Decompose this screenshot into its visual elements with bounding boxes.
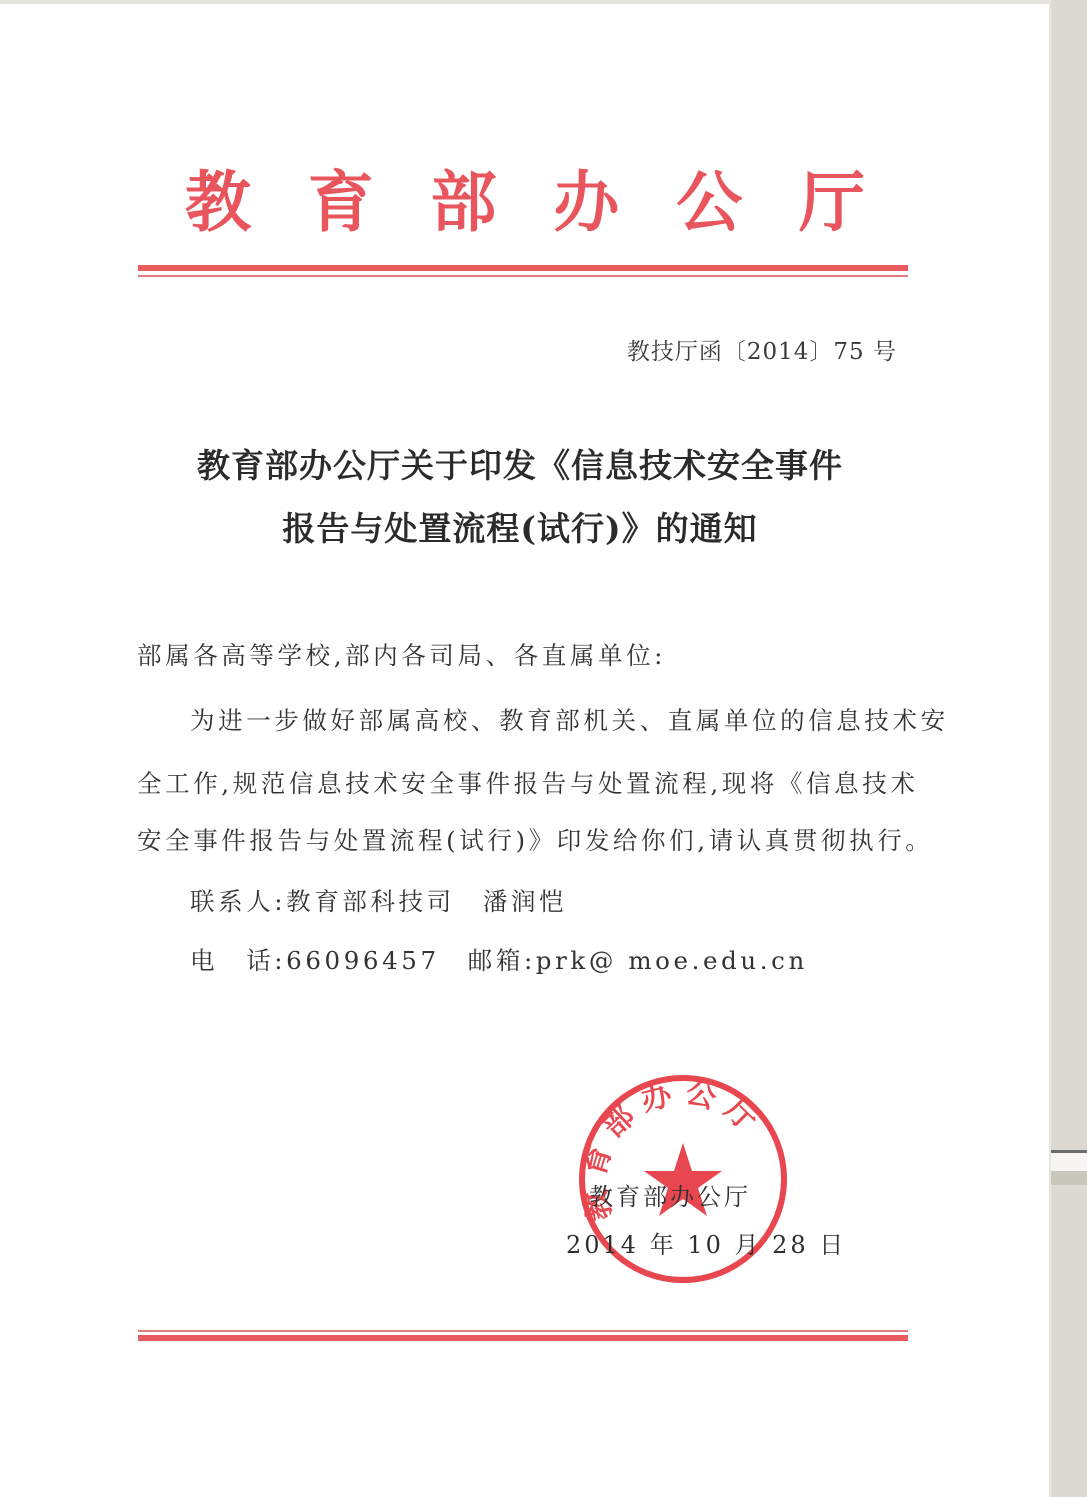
scan-mark [1051, 1153, 1087, 1171]
masthead-char: 育 [308, 162, 374, 242]
scan-mark [1051, 1171, 1087, 1185]
scan-margin [1049, 0, 1087, 1497]
title-line-1: 教育部办公厅关于印发《信息技术安全事件 [0, 440, 1040, 487]
title-line-2: 报告与处置流程(试行)》的通知 [0, 503, 1040, 550]
scan-top-edge [0, 0, 1087, 4]
contact-phone-email: 电 话:66096457 邮箱:prk@ moe.edu.cn [190, 942, 960, 977]
masthead-char: 公 [676, 162, 742, 242]
paragraph-line: 安全事件报告与处置流程(试行)》印发给你们,请认真贯彻执行。 [137, 822, 907, 857]
masthead-char: 办 [553, 162, 619, 242]
header-rule-thick [138, 265, 908, 271]
issue-date: 2014 年 10 月 28 日 [566, 1225, 846, 1260]
paragraph-line: 全工作,规范信息技术安全事件报告与处置流程,现将《信息技术 [137, 765, 907, 800]
contact-person: 联系人:教育部科技司 潘润恺 [190, 883, 960, 918]
footer-rule-thin [138, 1330, 908, 1332]
masthead: 教 育 部 办 公 厅 [185, 162, 865, 242]
masthead-char: 厅 [799, 162, 865, 242]
addressee: 部属各高等学校,部内各司局、各直属单位: [137, 637, 907, 672]
masthead-char: 教 [185, 162, 251, 242]
footer-rule-thick [138, 1335, 908, 1341]
header-rule-thin [138, 275, 908, 277]
paragraph-line: 为进一步做好部属高校、教育部机关、直属单位的信息技术安 [190, 702, 960, 737]
document-number: 教技厅函〔2014〕75 号 [627, 333, 897, 366]
issuer-signature: 教育部办公厅 [589, 1177, 751, 1212]
masthead-char: 部 [431, 162, 497, 242]
